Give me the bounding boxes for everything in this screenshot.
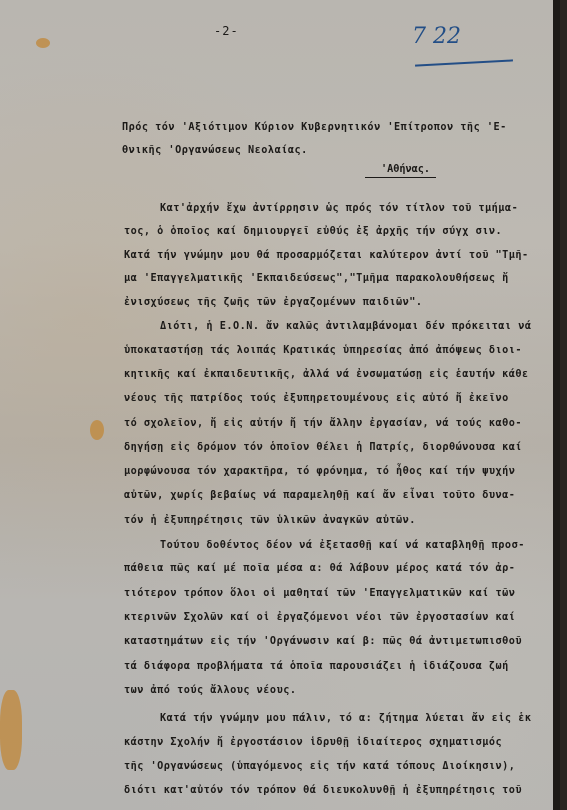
folio-underline <box>415 59 513 66</box>
text-line: Κατά τήν γνώμην μου πάλιν, τό α: ζήτημα … <box>160 713 531 724</box>
text-line: τό σχολεῖον, ἤ εἰς αὐτήν ἤ τήν ἄλλην ἐργ… <box>124 418 522 429</box>
handwritten-folio-number: 7 22 <box>412 24 461 49</box>
text-line: τῆς 'Οργανώσεως (ὑπαγόμενος εἰς τήν κατά… <box>124 761 515 772</box>
page-edge-shadow <box>553 0 560 810</box>
salutation-line: Πρός τόν 'Αξιότιμον Κύριον Κυβερνητικόν … <box>122 122 507 133</box>
text-line: νέους τῆς πατρίδος τούς ἐξυπηρετουμένους… <box>124 393 509 404</box>
text-line: μα 'Επαγγελματικῆς 'Εκπαιδεύσεως","Τμῆμα… <box>124 273 509 284</box>
text-line: Διότι, ἡ Ε.Ο.Ν. ἄν καλῶς ἀντιλαμβάνομαι … <box>160 321 531 332</box>
text-line: των ἀπό τούς ἄλλους νέους. <box>124 685 296 696</box>
text-line: Τούτου δοθέντος δέον νά ἐξετασθῇ καί νά … <box>160 540 525 551</box>
text-line: πάθεια πῶς καί μέ ποῖα μέσα α: θά λάβουν… <box>124 563 515 574</box>
text-line: καταστημάτων εἰς τήν 'Οργάνωσιν καί β: π… <box>124 636 522 647</box>
text-line: αὐτῶν, χωρίς βεβαίως νά παραμεληθῇ καί ἄ… <box>124 490 515 501</box>
page-number: -2- <box>214 24 239 38</box>
rust-stain <box>36 38 50 48</box>
rust-stain <box>90 420 104 440</box>
text-line: ἐνισχύσεως τῆς ζωῆς τῶν ἐργαζομένων παιδ… <box>124 297 423 308</box>
text-line: μορφώνουσα τόν χαρακτῆρα, τό φρόνημα, τό… <box>124 466 515 477</box>
rust-stain <box>0 690 22 770</box>
text-line: δηγήσῃ εἰς δρόμον τόν ὁποῖον θέλει ἡ Πατ… <box>124 442 522 453</box>
text-line: τιότερον τρόπον ὅλοι οἱ μαθηταί τῶν 'Επα… <box>124 588 515 599</box>
text-line: τος, ὁ ὁποῖος καί δημιουργεῖ εὐθύς ἐξ ἀρ… <box>124 226 502 237</box>
city-heading: 'Αθήνας. <box>365 164 436 178</box>
document-page: -2- 7 22 Πρός τόν 'Αξιότιμον Κύριον Κυβε… <box>0 0 560 810</box>
salutation-line: θνικῆς 'Οργανώσεως Νεολαίας. <box>122 145 308 156</box>
text-line: Κατ'ἀρχήν ἔχω ἀντίρρησιν ὡς πρός τόν τίτ… <box>160 203 518 214</box>
text-line: τόν ἡ ἐξυπηρέτησις τῶν ὑλικῶν ἀναγκῶν αὐ… <box>124 515 416 526</box>
text-line: ὑποκαταστήσῃ τάς λοιπάς Κρατικάς ὑπηρεσί… <box>124 345 522 356</box>
text-line: τά διάφορα προβλήματα τά ὁποῖα παρουσιάζ… <box>124 661 509 672</box>
text-line: κάστην Σχολήν ἤ ἐργοστάσιον ἱδρυθῇ ἰδιαί… <box>124 737 502 748</box>
text-line: κητικῆς καί ἐκπαιδευτικῆς, ἀλλά νά ἐνσωμ… <box>124 369 529 380</box>
text-line: διότι κατ'αὐτόν τόν τρόπον θά διευκολυνθ… <box>124 785 522 796</box>
text-line: Κατά τήν γνώμην μου θά προσαρμόζεται καλ… <box>124 250 529 261</box>
text-line: κτερινῶν Σχολῶν καί οἱ ἐργαζόμενοι νέοι … <box>124 612 515 623</box>
